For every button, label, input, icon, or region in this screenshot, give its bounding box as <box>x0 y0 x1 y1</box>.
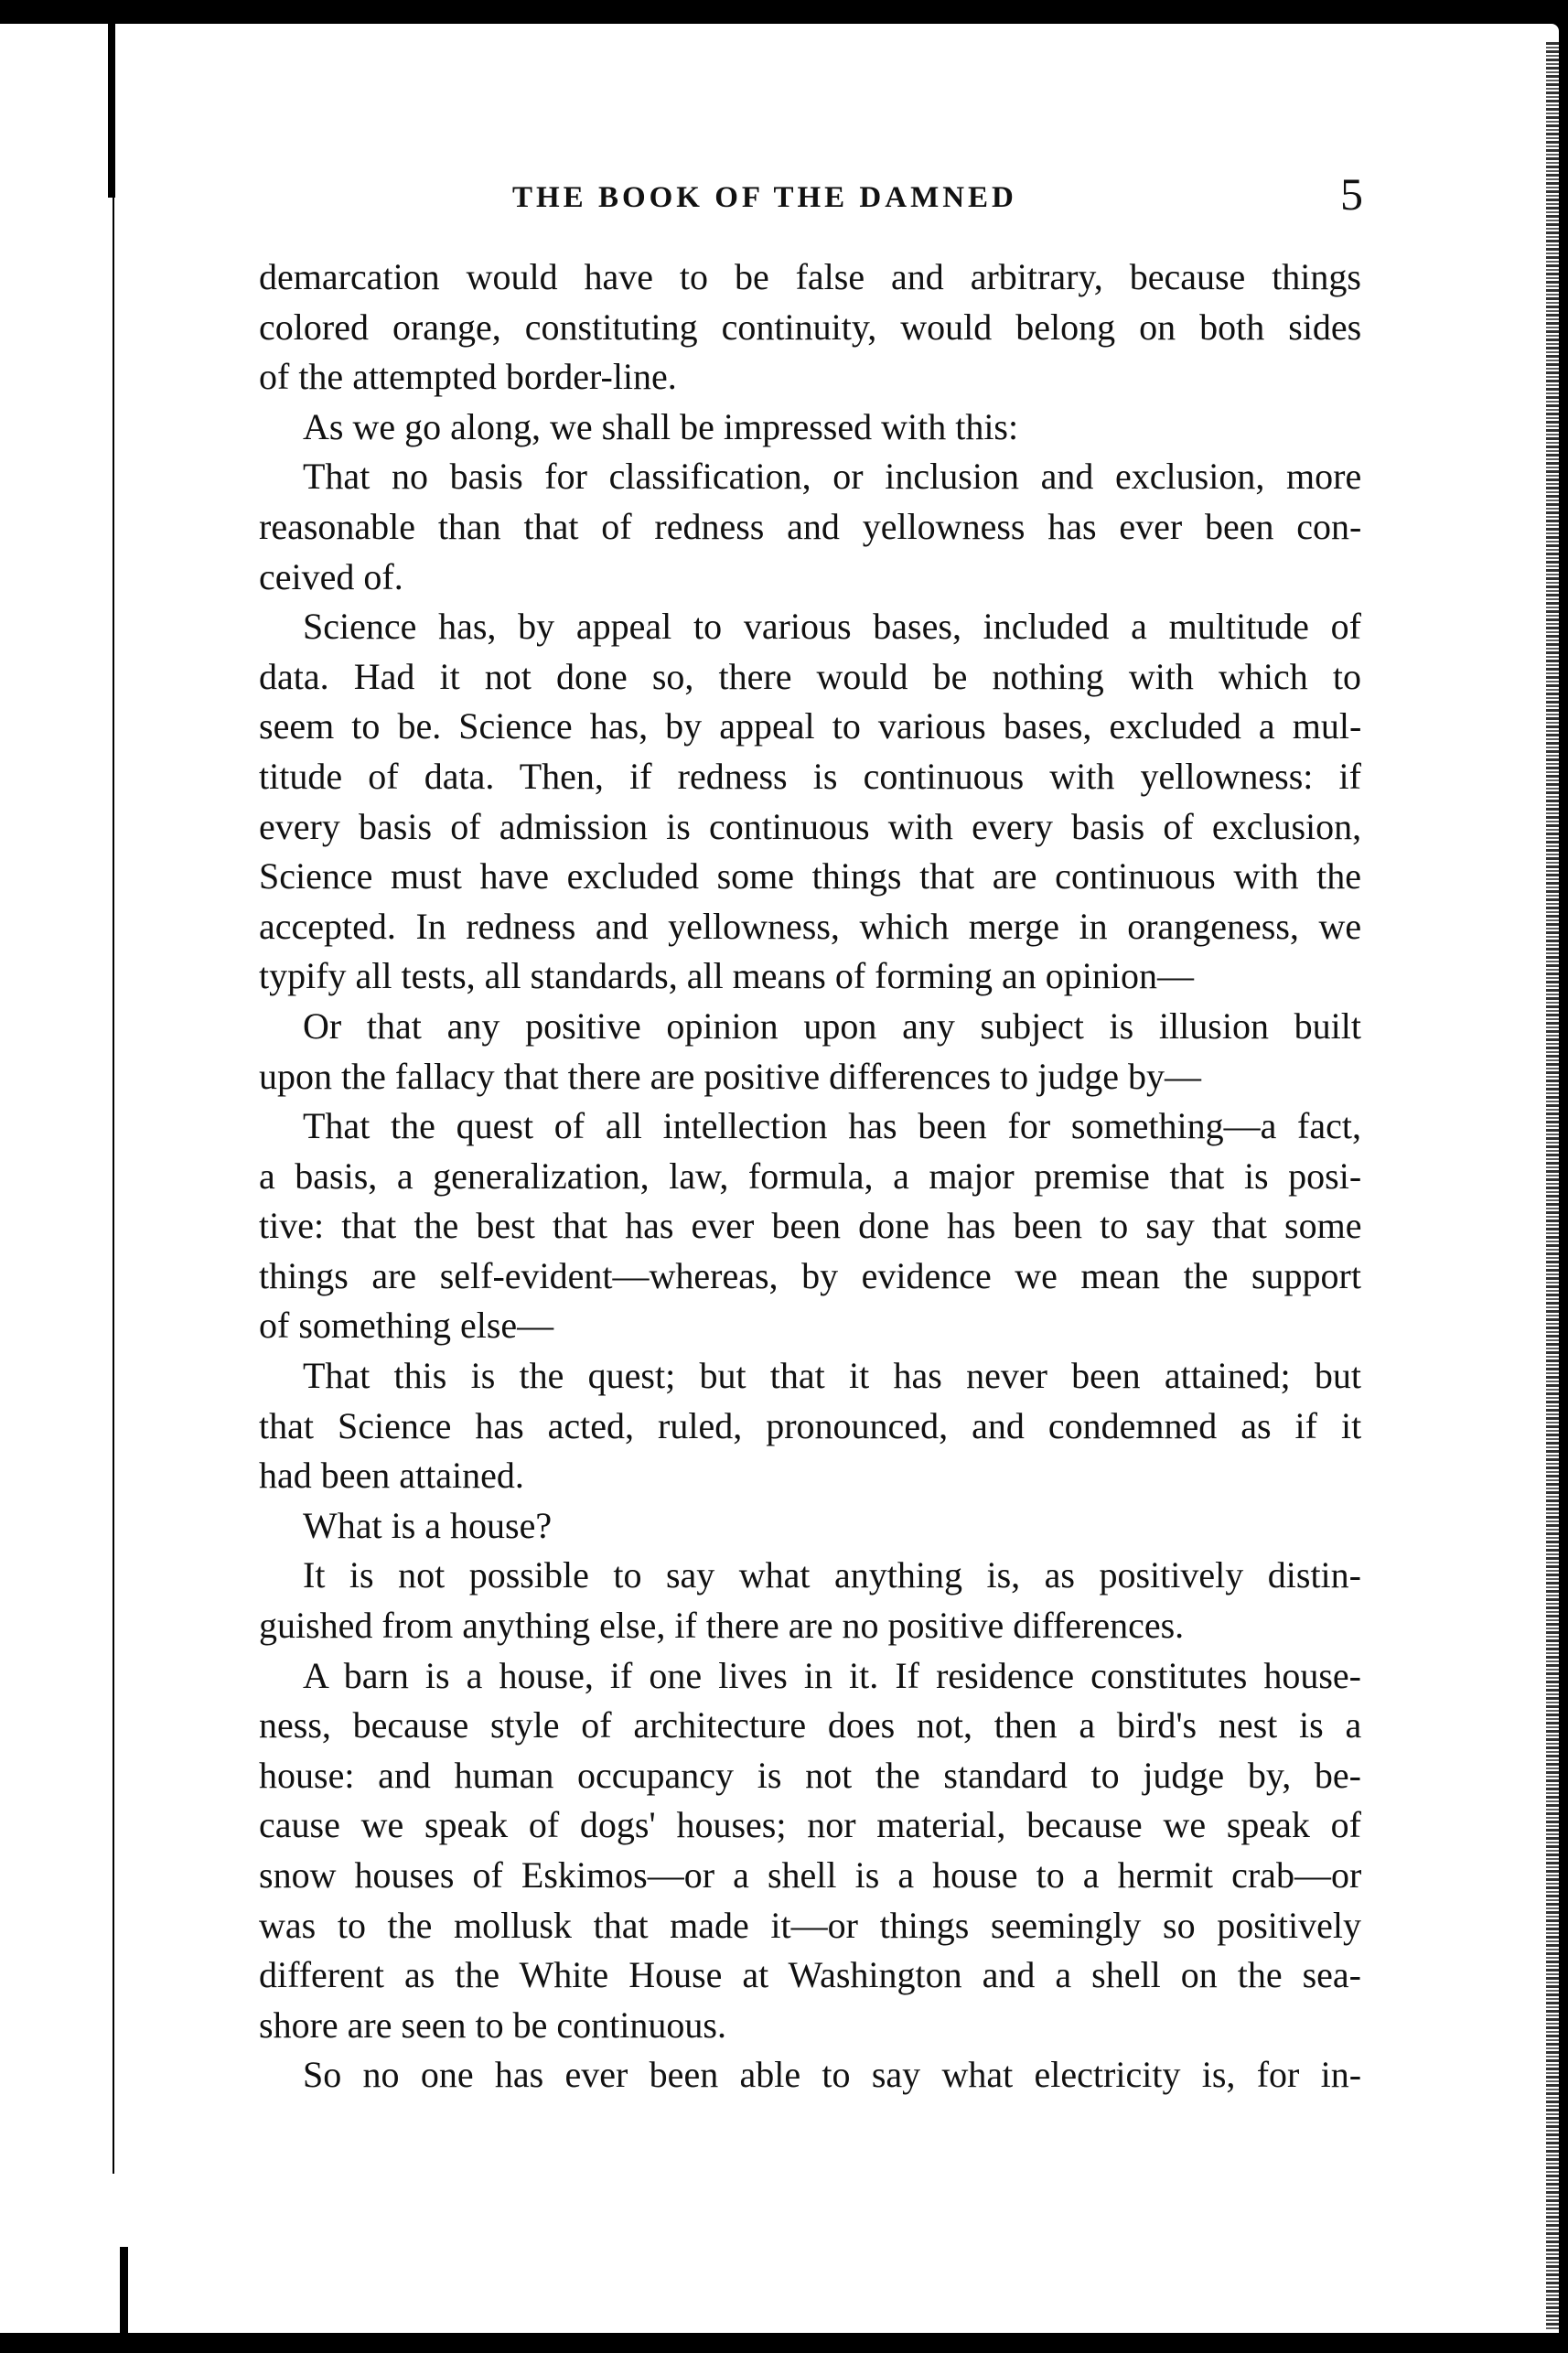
text-line: of something else— <box>259 1301 1361 1351</box>
book-page: THE BOOK OF THE DAMNED 5 demarcation wou… <box>0 24 1559 2333</box>
text-line: different as the White House at Washingt… <box>259 1950 1361 2001</box>
text-line: demarcation would have to be false and a… <box>259 252 1361 303</box>
running-head: THE BOOK OF THE DAMNED 5 <box>256 170 1363 225</box>
text-line: It is not possible to say what anything … <box>259 1551 1361 1601</box>
binding-edge <box>113 161 114 2174</box>
text-line: had been attained. <box>259 1451 1361 1501</box>
text-line: a basis, a generalization, law, formula,… <box>259 1152 1361 1202</box>
text-line: that Science has acted, ruled, pronounce… <box>259 1402 1361 1452</box>
text-line: ceived of. <box>259 553 1361 603</box>
body-text: demarcation would have to be false and a… <box>259 252 1361 2101</box>
text-line: As we go along, we shall be impressed wi… <box>259 403 1361 453</box>
text-line: colored orange, constituting continuity,… <box>259 303 1361 353</box>
scan-border-right <box>1559 0 1568 2353</box>
text-line: Science has, by appeal to various bases,… <box>259 602 1361 652</box>
text-line: accepted. In redness and yellowness, whi… <box>259 902 1361 952</box>
text-line: of the attempted border-line. <box>259 352 1361 403</box>
running-title: THE BOOK OF THE DAMNED <box>512 170 1017 225</box>
text-line: A barn is a house, if one lives in it. I… <box>259 1651 1361 1702</box>
text-line: ness, because style of architecture does… <box>259 1701 1361 1751</box>
text-line: snow houses of Eskimos—or a shell is a h… <box>259 1851 1361 1901</box>
text-line: typify all tests, all standards, all mea… <box>259 951 1361 1002</box>
text-line: cause we speak of dogs' houses; nor mate… <box>259 1800 1361 1851</box>
page-number: 5 <box>1340 167 1363 221</box>
page-edge-right <box>1546 42 1559 2329</box>
text-line: every basis of admission is continuous w… <box>259 802 1361 853</box>
text-line: That no basis for classification, or inc… <box>259 452 1361 502</box>
text-line: shore are seen to be continuous. <box>259 2001 1361 2051</box>
scan-border-bottom <box>0 2333 1568 2353</box>
text-line: So no one has ever been able to say what… <box>259 2050 1361 2101</box>
text-line: tive: that the best that has ever been d… <box>259 1201 1361 1252</box>
text-line: reasonable than that of redness and yell… <box>259 502 1361 553</box>
text-line: What is a house? <box>259 1501 1361 1552</box>
text-line: Or that any positive opinion upon any su… <box>259 1002 1361 1052</box>
text-line: That this is the quest; but that it has … <box>259 1351 1361 1402</box>
text-line: Science must have excluded some things t… <box>259 852 1361 902</box>
text-line: house: and human occupancy is not the st… <box>259 1751 1361 1801</box>
text-line: seem to be. Science has, by appeal to va… <box>259 702 1361 752</box>
text-line: titude of data. Then, if redness is cont… <box>259 752 1361 802</box>
text-line: things are self-evident—whereas, by evid… <box>259 1252 1361 1302</box>
text-line: data. Had it not done so, there would be… <box>259 652 1361 703</box>
text-line: guished from anything else, if there are… <box>259 1601 1361 1651</box>
text-line: That the quest of all intellection has b… <box>259 1101 1361 1152</box>
text-line: was to the mollusk that made it—or thing… <box>259 1901 1361 1951</box>
scan-border-top <box>0 0 1568 24</box>
text-line: upon the fallacy that there are positive… <box>259 1052 1361 1102</box>
binding-edge-bottom <box>120 2247 128 2333</box>
